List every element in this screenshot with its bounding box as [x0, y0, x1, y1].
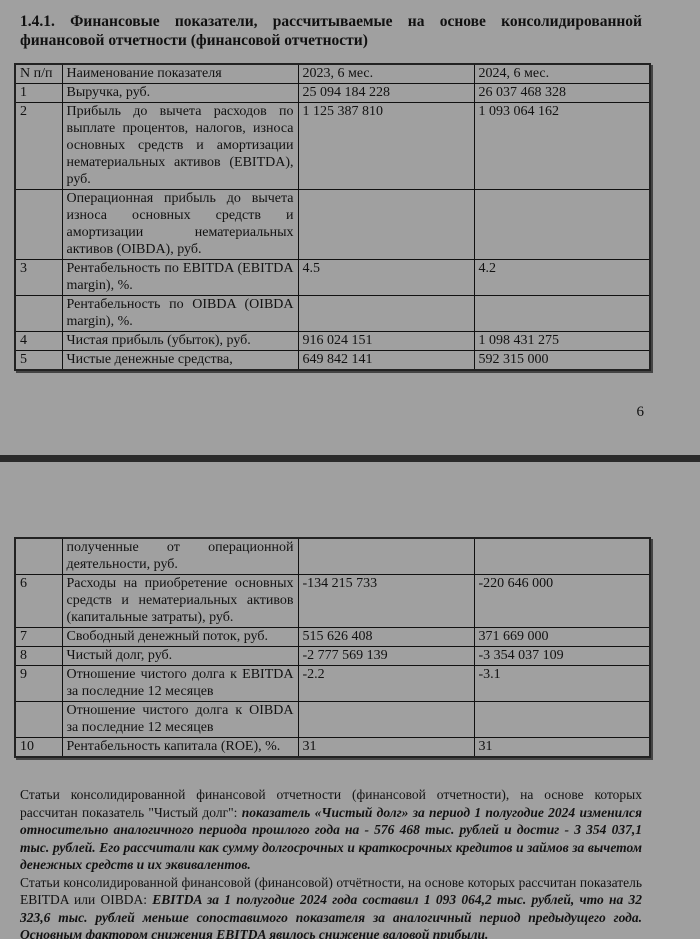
table-row: Отношение чистого долга к OIBDA за после…	[15, 702, 650, 738]
indicator-name: Чистые денежные средства,	[62, 351, 298, 371]
notes-section: Статьи консолидированной финансовой отче…	[20, 786, 642, 939]
value-2024: -3 354 037 109	[474, 647, 650, 666]
value-2024	[474, 296, 650, 332]
table-row: Рентабельность по OIBDA (OIBDA margin), …	[15, 296, 650, 332]
financial-indicators-table: N п/п Наименование показателя 2023, 6 ме…	[14, 63, 651, 371]
indicator-name: полученные от операционной деятельности,…	[62, 538, 298, 575]
row-number: 1	[15, 84, 62, 103]
row-number: 8	[15, 647, 62, 666]
value-2023	[298, 702, 474, 738]
table-body: полученные от операционной деятельности,…	[15, 538, 650, 757]
indicator-name: Прибыль до вычета расходов по выплате пр…	[62, 103, 298, 190]
value-2024: -220 646 000	[474, 575, 650, 628]
value-2023	[298, 190, 474, 260]
indicator-name: Свободный денежный поток, руб.	[62, 628, 298, 647]
indicator-name: Отношение чистого долга к EBITDA за посл…	[62, 666, 298, 702]
table-row: 5Чистые денежные средства,649 842 141592…	[15, 351, 650, 371]
table-row: 9Отношение чистого долга к EBITDA за пос…	[15, 666, 650, 702]
row-number	[15, 296, 62, 332]
section-heading: 1.4.1. Финансовые показатели, рассчитыва…	[20, 12, 642, 50]
row-number: 6	[15, 575, 62, 628]
row-number: 3	[15, 260, 62, 296]
value-2023: -2 777 569 139	[298, 647, 474, 666]
table-row: 3Рентабельность по EBITDA (EBITDA margin…	[15, 260, 650, 296]
indicator-name: Чистый долг, руб.	[62, 647, 298, 666]
page-number: 6	[637, 404, 645, 421]
table-row: 8Чистый долг, руб.-2 777 569 139-3 354 0…	[15, 647, 650, 666]
value-2023: 916 024 151	[298, 332, 474, 351]
row-number: 5	[15, 351, 62, 371]
table-body: 1Выручка, руб.25 094 184 22826 037 468 3…	[15, 84, 650, 371]
value-2023: 515 626 408	[298, 628, 474, 647]
value-2023	[298, 296, 474, 332]
header-number: N п/п	[15, 64, 62, 84]
value-2024: 4.2	[474, 260, 650, 296]
table-row: 1Выручка, руб.25 094 184 22826 037 468 3…	[15, 84, 650, 103]
row-number	[15, 190, 62, 260]
value-2023: 31	[298, 738, 474, 758]
header-2024: 2024, 6 мес.	[474, 64, 650, 84]
row-number: 10	[15, 738, 62, 758]
header-2023: 2023, 6 мес.	[298, 64, 474, 84]
indicator-name: Чистая прибыль (убыток), руб.	[62, 332, 298, 351]
table-row: 10Рентабельность капитала (ROE), %.3131	[15, 738, 650, 758]
table-row: 6Расходы на приобретение основных средст…	[15, 575, 650, 628]
indicator-name: Выручка, руб.	[62, 84, 298, 103]
indicator-name: Расходы на приобретение основных средств…	[62, 575, 298, 628]
value-2023: 25 094 184 228	[298, 84, 474, 103]
row-number: 2	[15, 103, 62, 190]
value-2023: -134 215 733	[298, 575, 474, 628]
value-2024: 1 093 064 162	[474, 103, 650, 190]
row-number	[15, 538, 62, 575]
row-number: 9	[15, 666, 62, 702]
value-2024: 26 037 468 328	[474, 84, 650, 103]
value-2023: 1 125 387 810	[298, 103, 474, 190]
indicator-name: Отношение чистого долга к OIBDA за после…	[62, 702, 298, 738]
value-2024: 592 315 000	[474, 351, 650, 371]
indicator-name: Рентабельность по OIBDA (OIBDA margin), …	[62, 296, 298, 332]
document-page-6: 1.4.1. Финансовые показатели, рассчитыва…	[0, 0, 700, 455]
value-2024: 31	[474, 738, 650, 758]
net-debt-note: Статьи консолидированной финансовой отче…	[20, 786, 642, 874]
header-indicator-name: Наименование показателя	[62, 64, 298, 84]
row-number: 7	[15, 628, 62, 647]
table-row: 4Чистая прибыль (убыток), руб.916 024 15…	[15, 332, 650, 351]
value-2024: 1 098 431 275	[474, 332, 650, 351]
value-2024: -3.1	[474, 666, 650, 702]
value-2023: 4.5	[298, 260, 474, 296]
page-separator	[0, 455, 700, 462]
indicator-name: Рентабельность по EBITDA (EBITDA margin)…	[62, 260, 298, 296]
value-2024: 371 669 000	[474, 628, 650, 647]
indicator-name: Рентабельность капитала (ROE), %.	[62, 738, 298, 758]
indicator-name: Операционная прибыль до вычета износа ос…	[62, 190, 298, 260]
table-row: 2Прибыль до вычета расходов по выплате п…	[15, 103, 650, 190]
row-number: 4	[15, 332, 62, 351]
ebitda-note: Статьи консолидированной финансовой (фин…	[20, 874, 642, 939]
value-2023: 649 842 141	[298, 351, 474, 371]
table-row: Операционная прибыль до вычета износа ос…	[15, 190, 650, 260]
row-number	[15, 702, 62, 738]
value-2024	[474, 190, 650, 260]
financial-indicators-table-continued: полученные от операционной деятельности,…	[14, 537, 651, 758]
table-header-row: N п/п Наименование показателя 2023, 6 ме…	[15, 64, 650, 84]
table-row: полученные от операционной деятельности,…	[15, 538, 650, 575]
value-2023: -2.2	[298, 666, 474, 702]
value-2024	[474, 702, 650, 738]
table-row: 7Свободный денежный поток, руб.515 626 4…	[15, 628, 650, 647]
value-2024	[474, 538, 650, 575]
value-2023	[298, 538, 474, 575]
